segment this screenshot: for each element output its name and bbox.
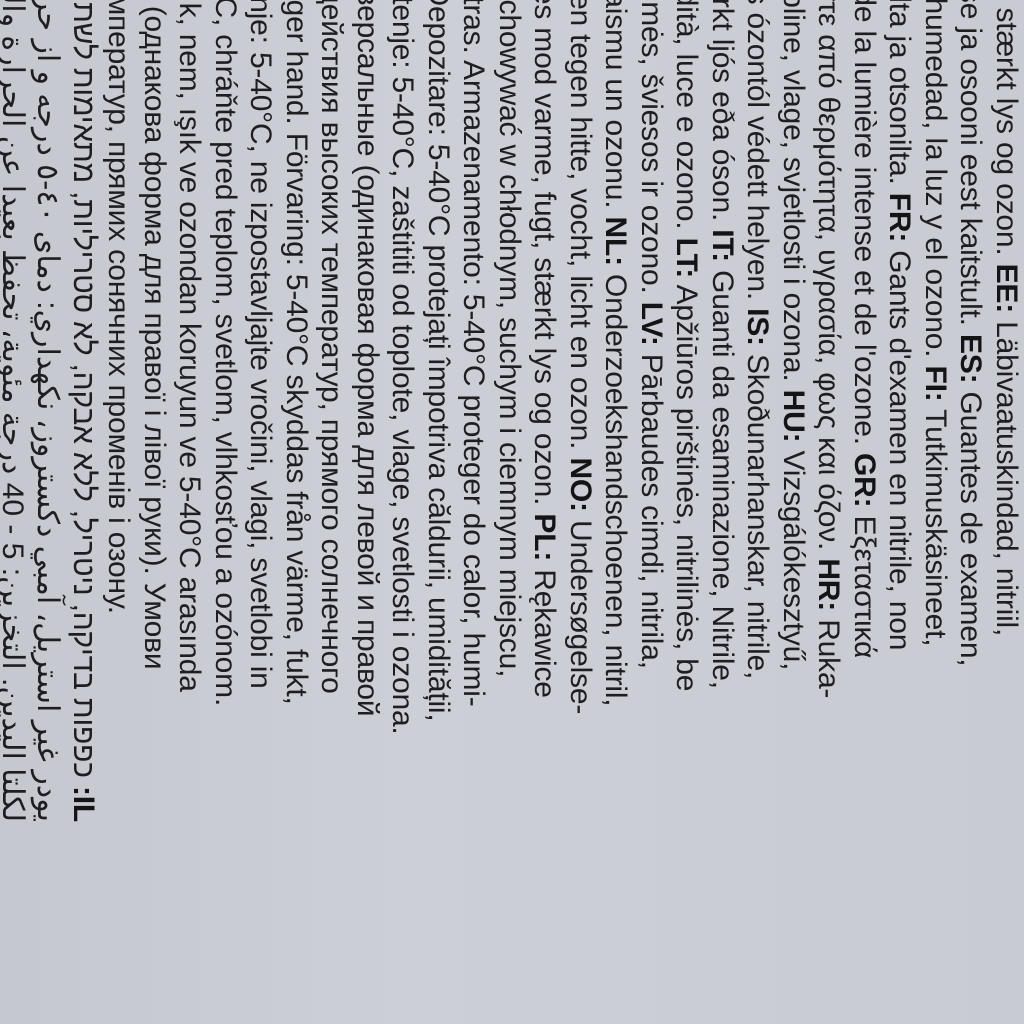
line-text-tail: Pārbaudes cimdi, nitrila, — [635, 346, 668, 669]
line-text-tail: Tutkimuskäsineet, — [919, 402, 952, 647]
line-text: umidità, luce e ozono. — [670, 0, 703, 238]
line-text: х температур, прямих сонячних променів і… — [102, 0, 135, 614]
line-text-tail: Ruka- — [812, 611, 845, 698]
line-text-tail: Apžiūros pirštinės, nitrilinės, be — [670, 278, 703, 691]
language-code-label: FI: — [919, 365, 952, 401]
line-text: caklık, nem, ışık ve ozondan koruyun ve … — [173, 0, 206, 692]
language-code-label: IL: — [67, 786, 100, 822]
line-text: przechowywać w chłodnym, suchym i ciemny… — [493, 0, 526, 677]
line-text-tail: Guantes de examen, — [954, 383, 987, 666]
language-code-label: NL: — [599, 217, 632, 266]
line-text-tail: Läbivaatuskindad, nitriil, — [990, 313, 1023, 636]
line-text: ől és ózontól védett helyen. — [741, 0, 774, 308]
line-text: لكلتا اليدين. التخزين: 5 - 40 درجة مئوية… — [0, 0, 29, 822]
language-code-label: ES: — [954, 334, 987, 383]
line-text-tail: Vizsgálókesztyű, — [777, 442, 810, 670]
language-code-label: PL: — [528, 513, 561, 561]
language-code-label: LV: — [635, 302, 668, 346]
line-text-tail: Undersøgelse- — [564, 512, 597, 714]
line-text: kyttes mod varme, fugt, stærkt lys og oz… — [528, 0, 561, 513]
language-code-label: IS: — [741, 308, 774, 346]
language-code-label: NO: — [564, 457, 597, 511]
line-text: d topline, vlage, svjetlosti i ozona. — [777, 0, 810, 390]
language-code-label: GR: — [848, 453, 881, 507]
line-text-tail: Rękawice — [528, 561, 561, 698]
line-text: r, la humedad, la luz y el ozono. — [919, 0, 952, 365]
line-text-tail: Guanti da esaminazione, Nitrile, — [706, 262, 739, 689]
line-text: adištenje: 5-40°C, zaštititi od toplote,… — [386, 0, 419, 735]
leaflet-text-block: fugt, stærkt lys og ozon. EE: Läbivaatus… — [0, 0, 1024, 822]
line-text: valolta ja otsonilta. — [883, 0, 916, 193]
line-text: ermen tegen hitte, vocht, licht en ozon. — [564, 0, 597, 457]
language-code-label: LT: — [670, 238, 703, 279]
line-text: idextras. Armazenamento: 5-40°C proteger… — [457, 0, 490, 707]
line-text: h höger hand. Förvaring: 5-40°C skyddas … — [280, 0, 313, 705]
line-text: льні (однакова форма для правої і лівої … — [138, 0, 171, 669]
line-text: универсальные (одинаковая форма для лево… — [351, 0, 384, 716]
line-text-tail: Onderzoekshandschoenen, nitril, — [599, 266, 632, 707]
line-text: drėgmės, šviesos ir ozono. — [635, 0, 668, 302]
line-text-tail: Skoðunarhanskar, nitrile, — [741, 346, 774, 679]
paper-background: fugt, stærkt lys og ozon. EE: Läbivaatus… — [0, 0, 1024, 1024]
line-text: u, gaismu un ozonu. — [599, 0, 632, 217]
line-text: يودر غير استريل، آمبي دكستروز، نكهداري: … — [31, 0, 64, 822]
line-text: re. Depozitare: 5-40°C protejați împotri… — [422, 0, 455, 722]
language-code-label: FR: — [883, 193, 916, 242]
line-text: -40°C, chráňte pred teplom, svetlom, vlh… — [209, 0, 242, 706]
line-text: g serkt ljós eða óson. — [706, 0, 739, 229]
line-text: jevanje: 5-40°C, ne izpostavljajte vroči… — [244, 0, 277, 689]
language-code-label: HR: — [812, 558, 845, 611]
line-text: ité, de la lumière intense et de l'ozone… — [848, 0, 881, 453]
line-text-tail: Εξεταστικά — [848, 507, 881, 658]
line-text: fugt, stærkt lys og ozon. — [990, 0, 1023, 264]
language-code-label: HU: — [777, 390, 810, 443]
line-text: כפפות בדיקה, ניטריל, ללא אבקה, לא סטרילי… — [67, 0, 100, 778]
text-line: لكلتا اليدين. التخزين: 5 - 40 درجة مئوية… — [0, 0, 35, 822]
line-text-tail: Gants d'examen en nitrile, non — [883, 242, 916, 650]
language-code-label: EE: — [990, 264, 1023, 313]
language-code-label: IT: — [706, 229, 739, 262]
line-text: τεύστε από θερμότητα, υγρασία, φως και ό… — [812, 0, 845, 558]
line-text: воздействия высоких температур, прямого … — [315, 0, 348, 694]
line-text: ilguse ja osooni eest kaitstult. — [954, 0, 987, 334]
